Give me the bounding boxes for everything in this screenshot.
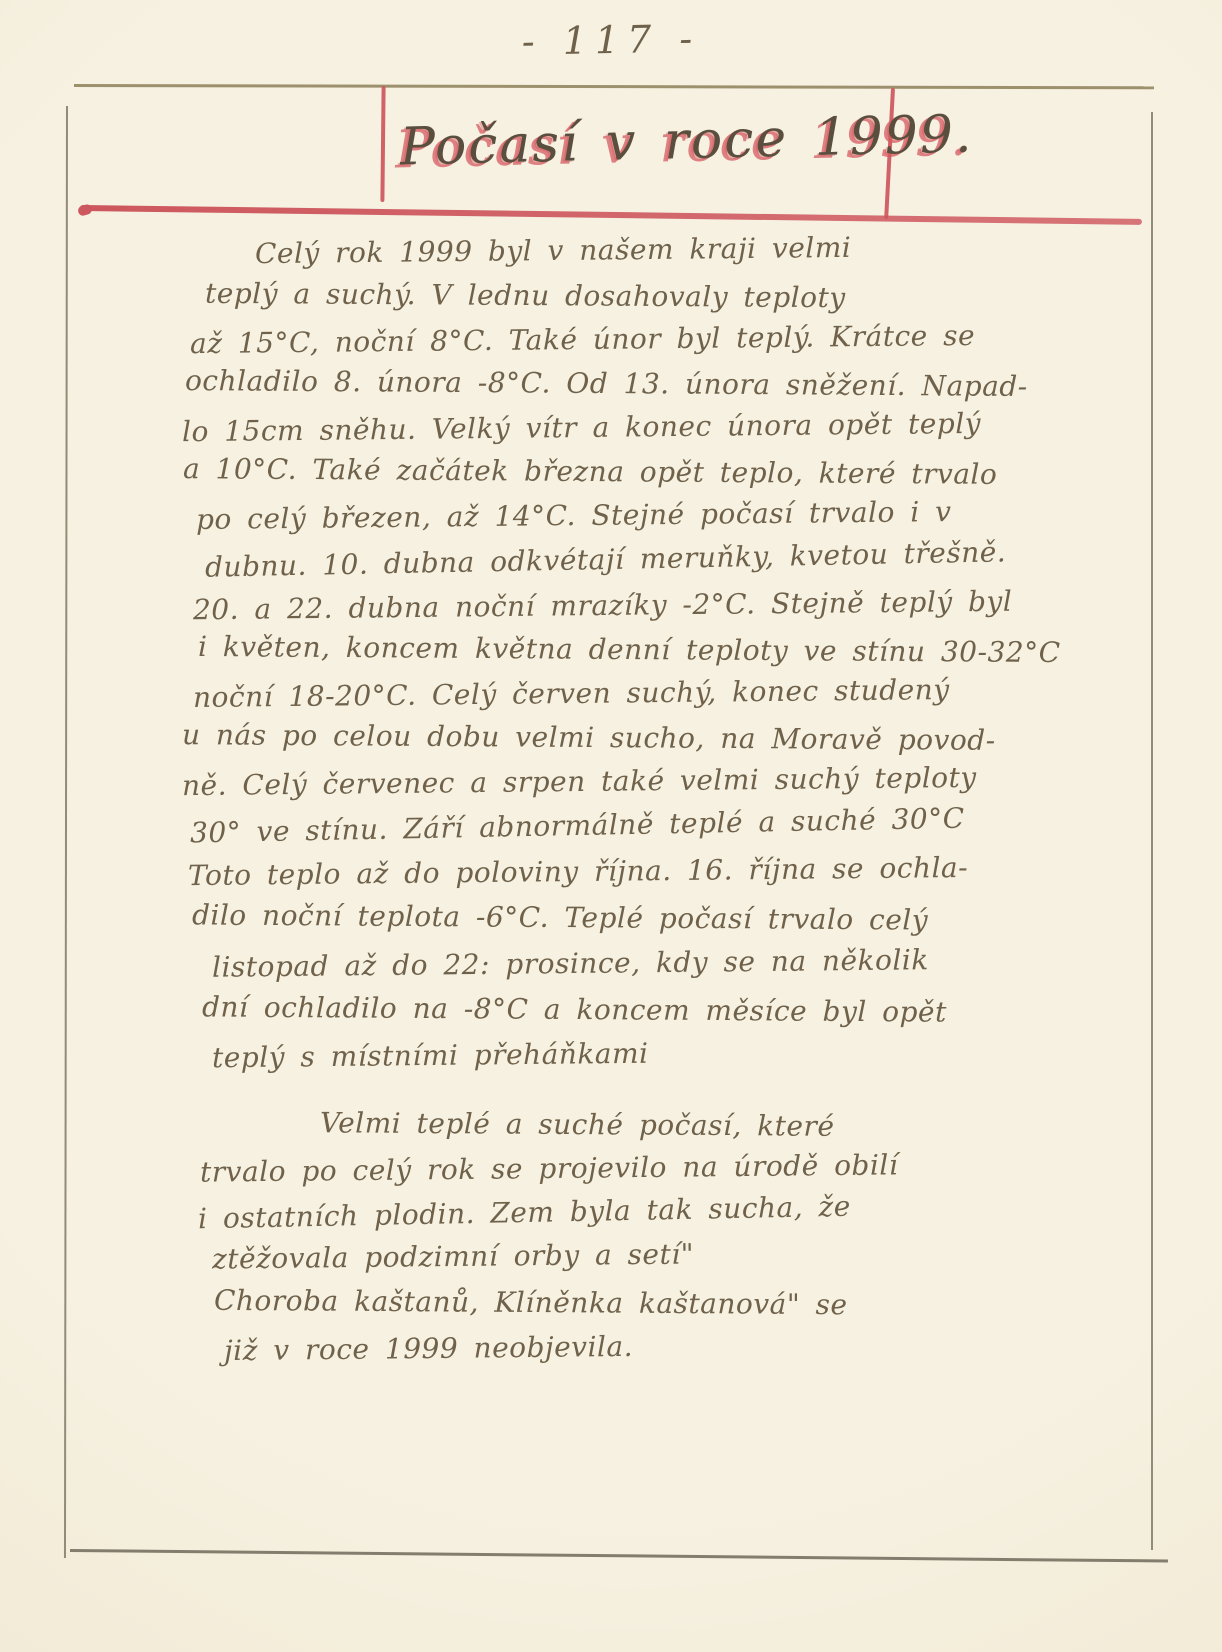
top-border-line: [74, 84, 1154, 89]
handwritten-line: Velmi teplé a suché počasí, které: [320, 1106, 835, 1143]
handwritten-line: dubnu. 10. dubna odkvétají meruňky, kvet…: [205, 535, 1007, 583]
handwritten-line: u nás po celou dobu velmi sucho, na Mora…: [182, 718, 996, 757]
handwritten-line: trvalo po celý rok se projevilo na úrodě…: [200, 1148, 899, 1188]
handwritten-line: teplý s místními přeháňkami: [212, 1037, 649, 1075]
handwritten-line: Choroba kaštanů, Klíněnka kaštanová" se: [214, 1284, 848, 1321]
handwritten-line: noční 18-20°C. Celý červen suchý, konec …: [193, 673, 950, 714]
handwritten-line: až 15°C, noční 8°C. Také únor byl teplý.…: [190, 319, 975, 360]
handwritten-line: Celý rok 1999 byl v našem kraji velmi: [255, 231, 852, 270]
bottom-border-line: [70, 1549, 1168, 1563]
handwritten-line: Toto teplo až do poloviny října. 16. říj…: [188, 851, 968, 892]
title-red-underline: [80, 205, 1142, 225]
handwritten-line: již v roce 1999 neobjevila.: [224, 1330, 633, 1367]
handwritten-line: po celý březen, až 14°C. Stejné počasí t…: [196, 495, 952, 536]
handwritten-line: dilo noční teplota -6°C. Teplé počasí tr…: [192, 898, 928, 936]
handwritten-line: 20. a 22. dubna noční mrazíky -2°C. Stej…: [193, 585, 1013, 627]
handwritten-line: ně. Celý červenec a srpen také velmi suc…: [182, 761, 977, 802]
handwritten-line: i květen, koncem května denní teploty ve…: [198, 630, 1061, 669]
right-border-line: [1151, 112, 1153, 1550]
handwritten-line: lo 15cm sněhu. Velký vítr a konec února …: [182, 407, 981, 448]
page-number: - 117 -: [0, 7, 1222, 72]
handwritten-line: a 10°C. Také začátek března opět teplo, …: [183, 452, 998, 491]
page-title: Počasí v roce 1999.: [399, 107, 880, 178]
chronicle-page: - 117 - Počasí v roce 1999. Celý rok 199…: [0, 0, 1222, 1652]
handwritten-line: listopad až do 22: prosince, kdy se na n…: [212, 943, 929, 984]
handwritten-line: ochladilo 8. února -8°C. Od 13. února sn…: [185, 364, 1028, 403]
handwritten-line: ztěžovala podzimní orby a setí": [212, 1237, 694, 1275]
handwritten-line: dní ochladilo na -8°C a koncem měsíce by…: [202, 990, 947, 1028]
handwritten-line: teplý a suchý. V lednu dosahovaly teplot…: [205, 277, 846, 314]
title-red-left-rule: [380, 86, 385, 202]
left-border-line: [64, 106, 68, 1558]
handwritten-line: 30° ve stínu. Září abnormálně teplé a su…: [190, 802, 965, 850]
handwritten-line: i ostatních plodin. Zem byla tak sucha, …: [198, 1190, 851, 1236]
